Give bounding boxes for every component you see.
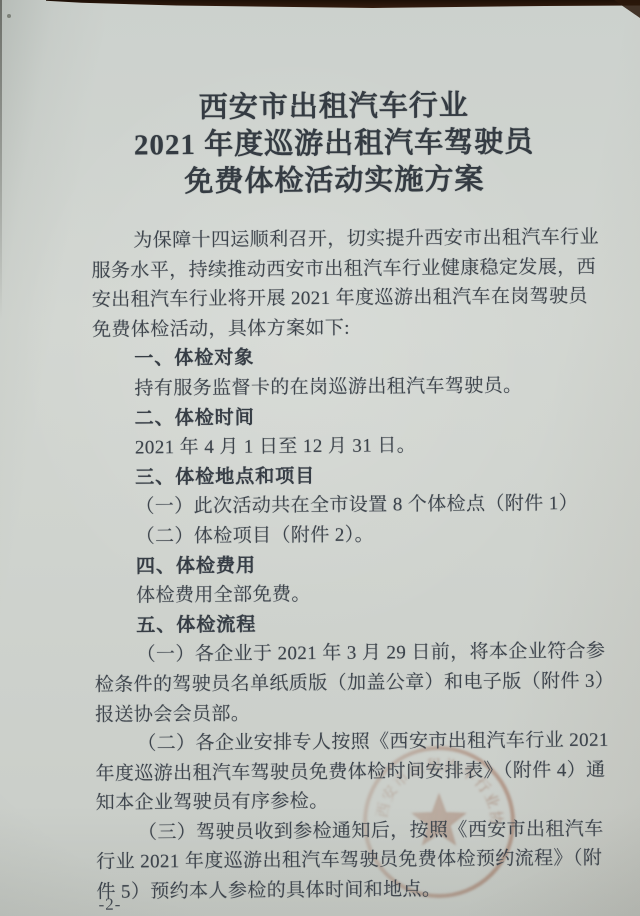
section-heading: 二、体检时间 — [93, 400, 585, 433]
text-line: （三）驾驶员收到参检通知后，按照《西安市出租汽车 — [96, 815, 588, 848]
text-line: （二）体检项目（附件 2）。 — [94, 519, 586, 552]
section-heading: 三、体检地点和项目 — [93, 460, 585, 493]
text-line: 服务水平，持续推动西安市出租汽车行业健康稳定发展，西 — [91, 253, 583, 286]
page-number: -2- — [98, 895, 121, 915]
document-body: 为保障十四运顺利召开，切实提升西安市出租汽车行业 服务水平，持续推动西安市出租汽… — [91, 223, 588, 907]
text-line: 为保障十四运顺利召开，切实提升西安市出租汽车行业 — [91, 223, 583, 256]
text-line: （二）各企业安排专人按照《西安市出租汽车行业 2021 — [95, 726, 587, 759]
title-line: 西安市出租汽车行业 — [92, 87, 575, 128]
text-line: （一）此次活动共在全市设置 8 个体检点（附件 1） — [93, 489, 585, 522]
text-line: 检条件的驾驶员名单纸质版（加盖公章）和电子版（附件 3） — [95, 667, 587, 700]
title-line: 2021 年度巡游出租汽车驾驶员 — [92, 124, 575, 165]
text-line: 知本企业驾驶员有序参检。 — [96, 785, 588, 818]
document-title: 西安市出租汽车行业 2021 年度巡游出租汽车驾驶员 免费体检活动实施方案 — [92, 87, 576, 202]
text-line: 2021 年 4 月 1 日至 12 月 31 日。 — [93, 430, 585, 463]
text-line: 行业 2021 年度巡游出租汽车驾驶员免费体检预约流程》（附 — [96, 844, 588, 877]
text-line: 报送协会会员部。 — [95, 696, 587, 729]
document-content: 西安市出租汽车行业 2021 年度巡游出租汽车驾驶员 免费体检活动实施方案 为保… — [0, 0, 640, 916]
text-line: 免费体检活动，具体方案如下: — [92, 312, 584, 345]
text-line: 件 5）预约本人参检的具体时间和地点。 — [96, 874, 588, 907]
section-heading: 四、体检费用 — [94, 548, 586, 581]
text-line: 年度巡游出租汽车驾驶员免费体检时间安排表》（附件 4）通 — [95, 756, 587, 789]
text-line: 体检费用全部免费。 — [94, 578, 586, 611]
section-heading: 一、体检对象 — [92, 341, 584, 374]
text-line: （一）各企业于 2021 年 3 月 29 日前，将本企业符合参 — [94, 637, 586, 670]
section-heading: 五、体检流程 — [94, 608, 586, 641]
title-line: 免费体检活动实施方案 — [93, 161, 576, 202]
text-line: 安出租汽车行业将开展 2021 年度巡游出租汽车在岗驾驶员 — [92, 282, 584, 315]
text-line: 持有服务监督卡的在岗巡游出租汽车驾驶员。 — [92, 371, 584, 404]
